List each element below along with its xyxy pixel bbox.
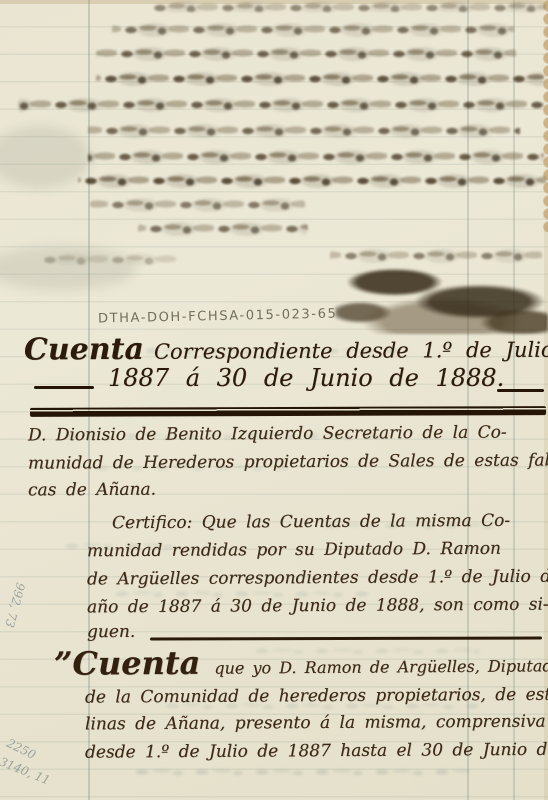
- certify-line: de Argüelles correspondientes desde 1.º …: [87, 567, 548, 590]
- certify-line: año de 1887 á 30 de Junio de 1888, son c…: [87, 595, 548, 618]
- ink-offset-smudge-row: [90, 197, 305, 212]
- account-lead-line: ”Cuenta que yo D. Ramon de Argüelles, Di…: [54, 641, 548, 683]
- ruled-line-vertical-column-1: [467, 0, 469, 800]
- ink-offset-blotch: [335, 262, 548, 334]
- ink-offset-smudge-row: [96, 71, 544, 89]
- title-line-1: CuentaCorrespondiente desde 1.º de Julio…: [24, 330, 548, 368]
- intro-line: munidad de Herederos propietarios de Sal…: [28, 450, 548, 473]
- page-deckle-edge: [538, 0, 548, 232]
- ruled-line-vertical-column-2: [513, 0, 515, 800]
- ink-offset-smudge-row: [96, 46, 516, 62]
- show-through-ghost-line: [130, 766, 470, 777]
- title-underline-rule: [30, 406, 546, 417]
- title-dash-left: [34, 386, 94, 389]
- manuscript-page: 992, 73 2250 3140, 11 DTHA-DOH-FCHSA-015…: [0, 0, 548, 800]
- title-line-1-rest: Correspondiente desde 1.º de Julio de: [154, 338, 548, 364]
- title-lead-word: Cuenta: [24, 332, 144, 368]
- ink-offset-smudge-row: [112, 22, 514, 38]
- intro-line: cas de Añana.: [28, 480, 156, 501]
- certify-line: Certifico: Que las Cuentas de la misma C…: [112, 511, 510, 533]
- account-line: de la Comunidad de herederos propietario…: [85, 684, 548, 707]
- account-lead-rest: que yo D. Ramon de Argüelles, Diputado: [214, 656, 548, 677]
- certify-line: guen.: [87, 622, 135, 642]
- ink-offset-smudge-row: [88, 149, 544, 166]
- ink-offset-smudge-row: [78, 173, 546, 190]
- ink-offset-smudge-row: [88, 123, 520, 139]
- ink-offset-smudge-row: [18, 97, 545, 115]
- ink-offset-smudge-row: [150, 0, 546, 12]
- account-lead-word: ”Cuenta: [54, 644, 201, 683]
- certify-line: munidad rendidas por su Diputado D. Ramo…: [87, 539, 501, 562]
- intro-line: D. Dionisio de Benito Izquierdo Secretar…: [28, 423, 507, 446]
- title-line-2: 1887 á 30 de Junio de 1888.: [108, 364, 504, 392]
- ink-offset-smudge-row: [138, 221, 308, 237]
- title-dash-right: [497, 389, 544, 392]
- account-line: linas de Añana, presento á la misma, com…: [85, 712, 546, 735]
- account-line: desde 1.º de Julio de 1887 hasta el 30 d…: [85, 739, 548, 762]
